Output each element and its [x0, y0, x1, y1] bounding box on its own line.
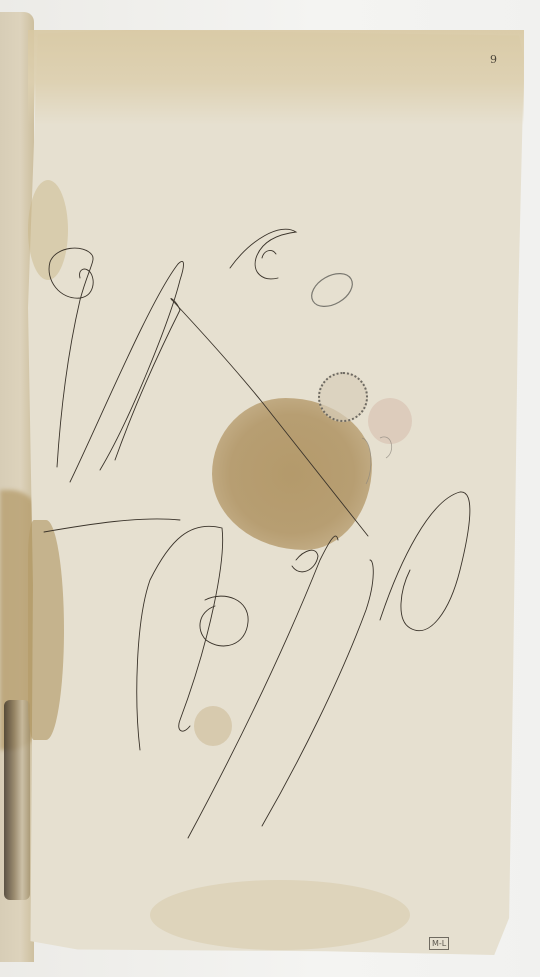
flourish-small-circle [200, 596, 248, 646]
flourish-long-stroke-2 [262, 560, 373, 826]
faint-mark-2 [380, 437, 392, 458]
flourish-curl-inner [262, 251, 276, 258]
flourish-diagonal [172, 300, 368, 536]
flourish-loop-3 [115, 298, 180, 460]
folio-number: 9 [490, 53, 497, 66]
flourish-horizontal [44, 519, 180, 532]
pen-flourishes [0, 0, 540, 977]
flourish-curl-1 [49, 248, 93, 467]
pencil-oval [306, 267, 358, 313]
flourish-right-loop [380, 492, 470, 631]
flourish-long-stroke-1 [188, 536, 338, 838]
library-stamp: M-L [429, 937, 449, 950]
faint-mark-1 [362, 438, 371, 484]
flourish-lower-loop-1 [137, 526, 223, 750]
flourish-loop-2 [70, 261, 184, 482]
flourish-curl-top [230, 229, 296, 279]
flourish-small-loop [292, 550, 318, 572]
